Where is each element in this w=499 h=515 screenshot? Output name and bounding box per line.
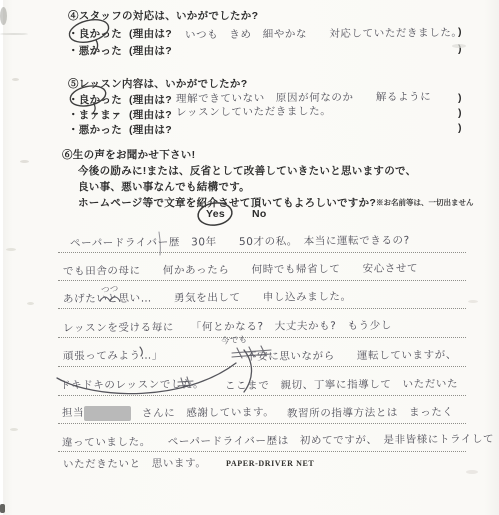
q5-reason-label-bad: (理由は? (129, 122, 172, 137)
q4-option-good: ・良かった (68, 26, 122, 41)
q6-intro-line1: 今後の励みに!または、反省として改善していきたいと思いますので、 (78, 163, 416, 178)
essay-line-6-part1: ドキドキのレッスンでした。 (60, 376, 204, 392)
q4-title: ④スタッフの対応は、いかがでしたか? (68, 8, 258, 23)
essay-line-5-part2: 不安に思いながら 運転していますが、 (246, 347, 457, 364)
q5-reason-label-soso: (理由は? (129, 107, 172, 122)
q6-title: ⑥生の声をお聞かせ下さい! (62, 147, 195, 162)
essay-line-2-text: でも田舎の母に 何かあったら 何時でも帰省して 安心させて (63, 260, 418, 278)
brand-footer: PAPER-DRIVER NET (226, 459, 314, 468)
scan-smudge (0, 33, 28, 35)
essay-line-1: ペーパードライバー歴 30年 50才の私。 本当に運転できるの? (58, 224, 466, 253)
q6-consent-question: ホームページ等で文章を紹介させて頂いてもよろしいですか? (78, 195, 376, 210)
redacted-name (84, 406, 131, 421)
q5-option-bad: ・悪かった (68, 122, 122, 137)
essay-line-5: 頑張ってみよう…」 不安に思いながら 運転していますが、 (58, 338, 466, 367)
q5-close-paren-soso: ) (458, 107, 462, 119)
q5-close-paren-bad: ) (458, 122, 462, 134)
essay-line-6: ドキドキのレッスンでした。 ここまで 親切、丁寧に指導して いただいた (58, 367, 466, 396)
essay-line-6-part2: ここまで 親切、丁寧に指導して いただいた (225, 376, 458, 393)
q5-soso-handwritten-answer: レッスンしていただきました。 (176, 103, 331, 119)
scanned-questionnaire: ④スタッフの対応は、いかがでしたか? ・良かった (理由は? いつも きめ 細や… (0, 0, 499, 515)
q5-option-good: ・良かった (68, 92, 122, 107)
scan-smudge (468, 300, 478, 303)
q6-yes-option: Yes (206, 208, 225, 220)
essay-line-4-text: レッスンを受ける毎に 「何とかなる? 大丈夫かも? もう少し (63, 318, 392, 336)
q5-title: ⑤レッスン内容は、いかがでしたか? (68, 76, 247, 91)
q4-close-paren: ) (458, 26, 462, 38)
q4-good-handwritten-answer: いつも きめ 細やかな 対応していただきました。 (185, 25, 463, 42)
scan-smudge (12, 78, 19, 81)
q5-option-soso: ・まァまァ (68, 107, 122, 122)
q6-consent-note: ※お名前等は、一切出ません (376, 197, 474, 208)
q4-reason-label-bad: (理由は? (129, 43, 172, 58)
scan-smudge (466, 470, 478, 474)
essay-line-1-text: ペーパードライバー歴 30年 50才の私。 本当に運転できるの? (70, 233, 410, 251)
scan-smudge (0, 7, 7, 25)
q6-no-option: No (252, 208, 267, 220)
q4-reason-label: (理由は? (129, 26, 172, 41)
essay-line-3: あげたいと思い… 勇気を出して 申し込みました。 (58, 280, 466, 309)
insertion-tsutsu: つつ (100, 282, 119, 296)
essay-line-4: レッスンを受ける毎に 「何とかなる? 大丈夫かも? もう少し (58, 309, 466, 338)
scan-smudge (10, 428, 18, 431)
essay-line-5-part1: 頑張ってみよう…」 (63, 348, 163, 364)
q4-option-bad: ・悪かった (68, 43, 122, 58)
scan-smudge (27, 302, 34, 305)
scan-smudge (6, 248, 16, 251)
essay-line-9-text: いただきたいと 思います。 (63, 455, 207, 471)
insertion-imademo: 今でも (221, 333, 248, 347)
essay-line-7-part3: 教習所の指導方法とは まったく (287, 404, 454, 420)
q5-reason-label-good: (理由は? (129, 92, 172, 107)
scan-smudge (20, 160, 29, 163)
q5-close-paren-good: ) (458, 92, 462, 104)
q6-intro-line2: 良い事、悪い事なんでも結構です。 (78, 179, 250, 194)
essay-line-7-part2: さんに 感謝しています。 (142, 404, 274, 420)
scan-smudge (452, 44, 466, 48)
essay-line-2: でも田舎の母に 何かあったら 何時でも帰省して 安心させて (58, 252, 466, 281)
scan-edge-strip (0, 0, 3, 515)
scan-smudge-dark (0, 504, 5, 513)
